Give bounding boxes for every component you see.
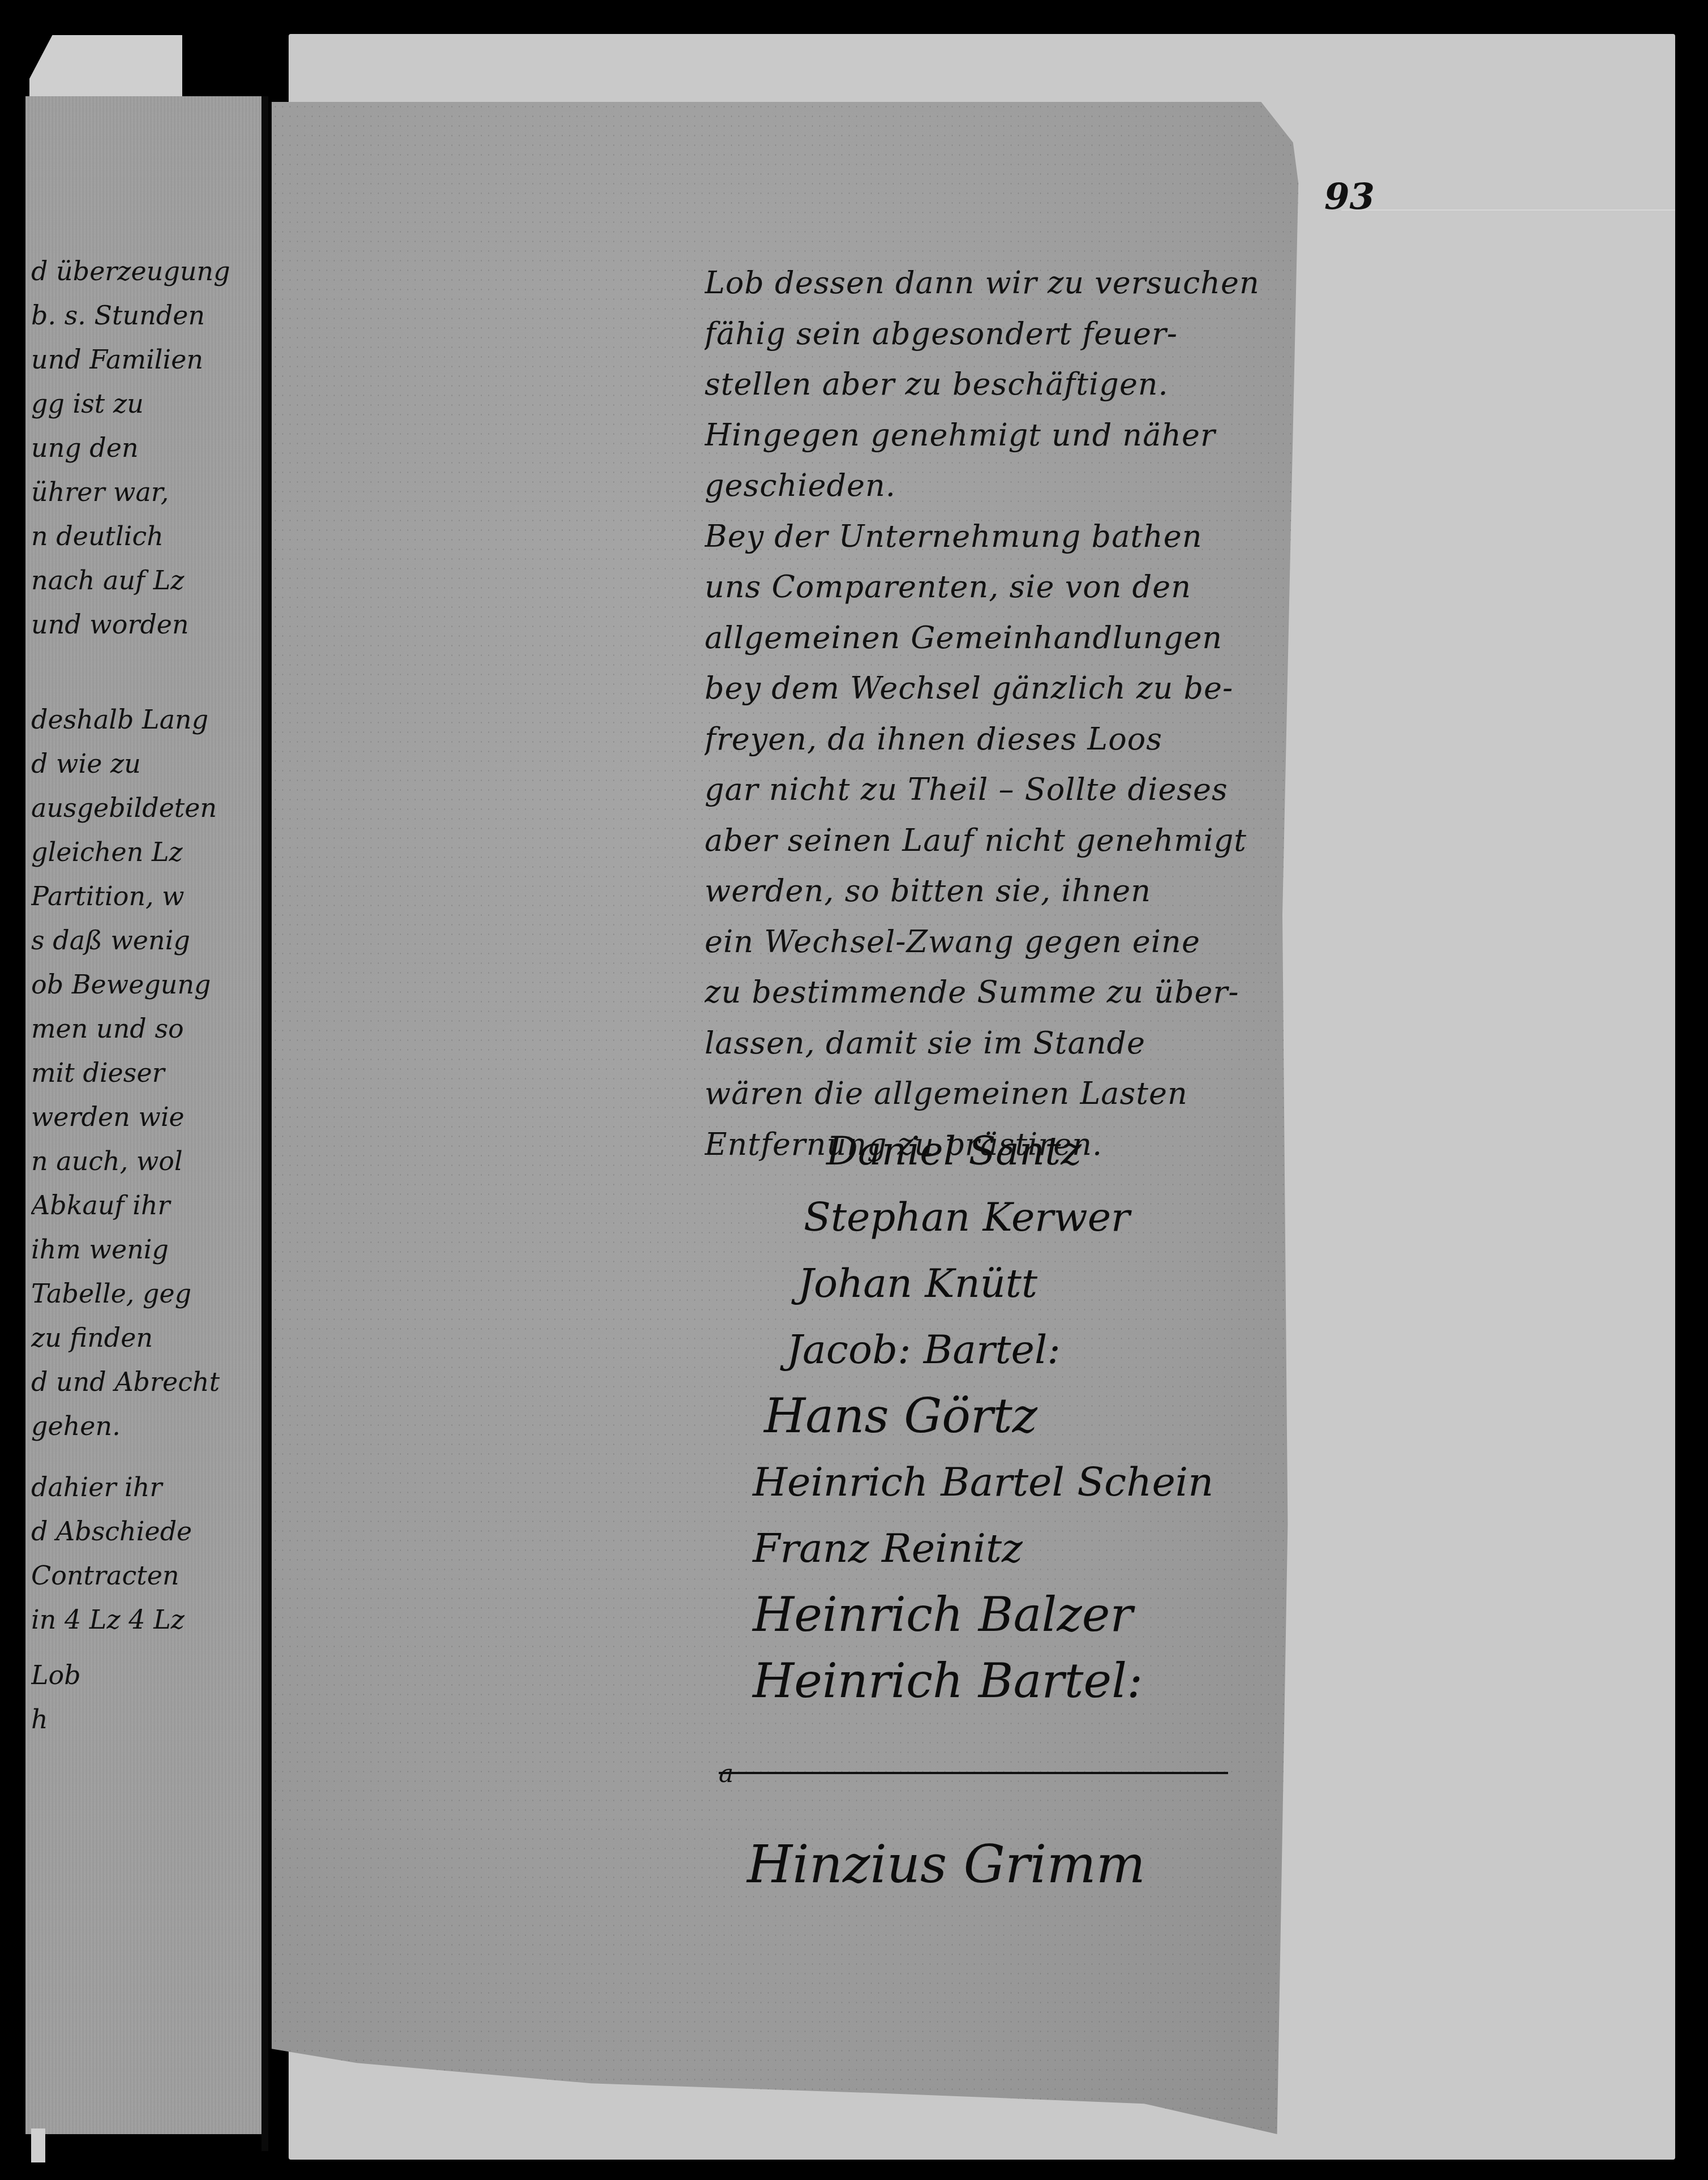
body-line: wären die allgemeinen Lasten bbox=[705, 1068, 1338, 1119]
left-page-corner bbox=[31, 2128, 45, 2162]
left-line: d überzeugung bbox=[31, 249, 263, 293]
body-line: lassen, damit sie im Stande bbox=[705, 1018, 1338, 1069]
body-line: fähig sein abgesondert feuer- bbox=[705, 309, 1338, 359]
body-line: allgemeinen Gemeinhandlungen bbox=[705, 613, 1338, 663]
final-signature: Hinzius Grimm bbox=[747, 1834, 1145, 1895]
paper-crease bbox=[1341, 209, 1675, 211]
signature: Johan Knütt bbox=[753, 1250, 1213, 1317]
left-line: mit dieser bbox=[31, 1051, 263, 1095]
body-line: Lob dessen dann wir zu versuchen bbox=[705, 258, 1338, 309]
body-line: geschieden. bbox=[705, 460, 1338, 511]
body-text: Lob dessen dann wir zu versuchen fähig s… bbox=[705, 258, 1338, 1170]
left-line: gg ist zu bbox=[31, 382, 263, 426]
folio-number: 93 bbox=[1324, 175, 1375, 218]
left-line: n deutlich bbox=[31, 514, 263, 558]
left-line: Partition, w bbox=[31, 874, 263, 918]
body-line: gar nicht zu Theil – Sollte dieses bbox=[705, 764, 1338, 815]
left-line: b. s. Stunden bbox=[31, 293, 263, 337]
backing-page-tab bbox=[29, 35, 182, 97]
left-line: in 4 Lz 4 Lz bbox=[31, 1597, 263, 1642]
signature: Heinrich Bartel: bbox=[753, 1648, 1213, 1714]
body-line: uns Comparenten, sie von den bbox=[705, 562, 1338, 613]
body-line: ein Wechsel-Zwang gegen eine bbox=[705, 916, 1338, 967]
left-line: Lob bbox=[31, 1653, 263, 1697]
left-line: Tabelle, geg bbox=[31, 1271, 263, 1316]
signature: Franz Reinitz bbox=[753, 1515, 1213, 1582]
left-line: und worden bbox=[31, 602, 263, 646]
body-line: aber seinen Lauf nicht genehmigt bbox=[705, 815, 1338, 866]
signature: Hans Görtz bbox=[753, 1383, 1213, 1449]
left-line: gehen. bbox=[31, 1404, 263, 1448]
left-line: ung den bbox=[31, 426, 263, 470]
left-line: nach auf Lz bbox=[31, 558, 263, 602]
left-line: men und so bbox=[31, 1007, 263, 1051]
body-line: Bey der Unternehmung bathen bbox=[705, 511, 1338, 562]
body-line: Hingegen genehmigt und näher bbox=[705, 410, 1338, 461]
left-line: deshalb Lang bbox=[31, 697, 263, 742]
signature: Jacob: Bartel: bbox=[753, 1317, 1213, 1383]
signature: Daniel Santz bbox=[753, 1118, 1213, 1184]
left-line: s daß wenig bbox=[31, 918, 263, 962]
body-line: freyen, da ihnen dieses Loos bbox=[705, 714, 1338, 765]
left-line: Abkauf ihr bbox=[31, 1183, 263, 1227]
body-line: werden, so bitten sie, ihnen bbox=[705, 866, 1338, 916]
left-line: gleichen Lz bbox=[31, 830, 263, 874]
left-line: ausgebildeten bbox=[31, 786, 263, 830]
left-line: n auch, wol bbox=[31, 1139, 263, 1183]
left-line: dahier ihr bbox=[31, 1465, 263, 1509]
left-line: d wie zu bbox=[31, 742, 263, 786]
left-line: werden wie bbox=[31, 1095, 263, 1139]
signature-divider-line bbox=[719, 1772, 1228, 1774]
left-line: Contracten bbox=[31, 1553, 263, 1597]
signature: Stephan Kerwer bbox=[753, 1184, 1213, 1250]
signature: Heinrich Balzer bbox=[753, 1582, 1213, 1648]
left-line: zu finden bbox=[31, 1316, 263, 1360]
left-line: d Abschiede bbox=[31, 1509, 263, 1553]
body-line: stellen aber zu beschäftigen. bbox=[705, 359, 1338, 410]
left-page-text: d überzeugung b. s. Stunden und Familien… bbox=[31, 249, 263, 1741]
body-line: zu bestimmende Summe zu über- bbox=[705, 967, 1338, 1018]
left-line: ührer war, bbox=[31, 470, 263, 514]
left-line: h bbox=[31, 1697, 263, 1741]
left-line: ihm wenig bbox=[31, 1227, 263, 1271]
signature-list: Daniel Santz Stephan Kerwer Johan Knütt … bbox=[753, 1118, 1213, 1714]
left-line: ob Bewegung bbox=[31, 962, 263, 1007]
left-line: d und Abrecht bbox=[31, 1360, 263, 1404]
body-line: bey dem Wechsel gänzlich zu be- bbox=[705, 663, 1338, 714]
signature: Heinrich Bartel Schein bbox=[753, 1449, 1213, 1515]
left-line: und Familien bbox=[31, 337, 263, 382]
